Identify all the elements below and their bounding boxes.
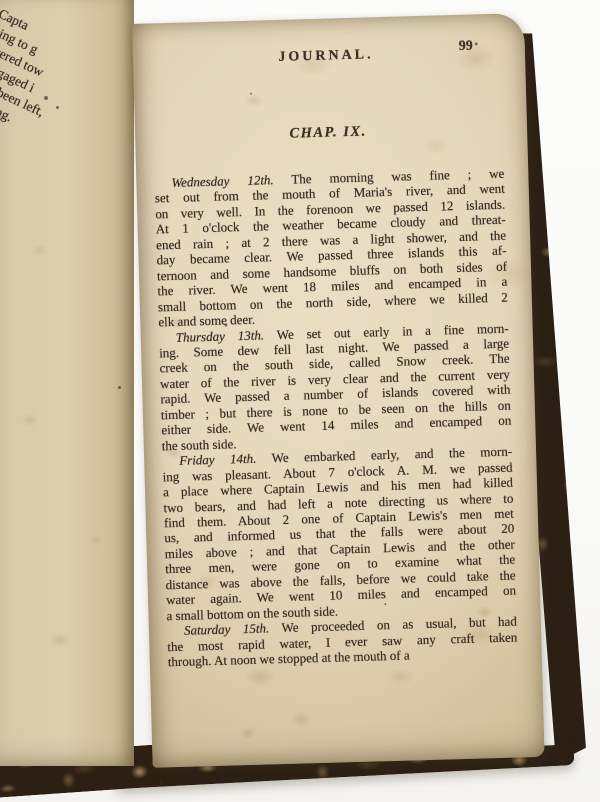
page-number: 99 bbox=[459, 38, 473, 54]
previous-page: fine day. Capta t this morning to g e ha… bbox=[0, 0, 134, 766]
page-body: Wednesday 12th. The morning was fine ; w… bbox=[154, 166, 518, 670]
page-content: JOURNAL. 99 CHAP. IX. Wednesday 12th. Th… bbox=[150, 14, 521, 767]
ink-speck bbox=[56, 106, 59, 109]
entry-date: Saturday 15th. bbox=[184, 621, 270, 638]
page-header: JOURNAL. 99 bbox=[151, 44, 501, 74]
ink-speck bbox=[44, 96, 48, 100]
ink-speck bbox=[118, 386, 121, 389]
book-page: JOURNAL. 99 CHAP. IX. Wednesday 12th. Th… bbox=[132, 13, 545, 768]
entry-date: Friday 14th. bbox=[179, 451, 257, 468]
previous-page-text: fine day. Capta t this morning to g e ha… bbox=[0, 0, 134, 183]
running-title: JOURNAL. bbox=[151, 44, 501, 70]
book-photograph: fine day. Capta t this morning to g e ha… bbox=[0, 0, 600, 802]
chapter-heading: CHAP. IX. bbox=[153, 120, 503, 147]
